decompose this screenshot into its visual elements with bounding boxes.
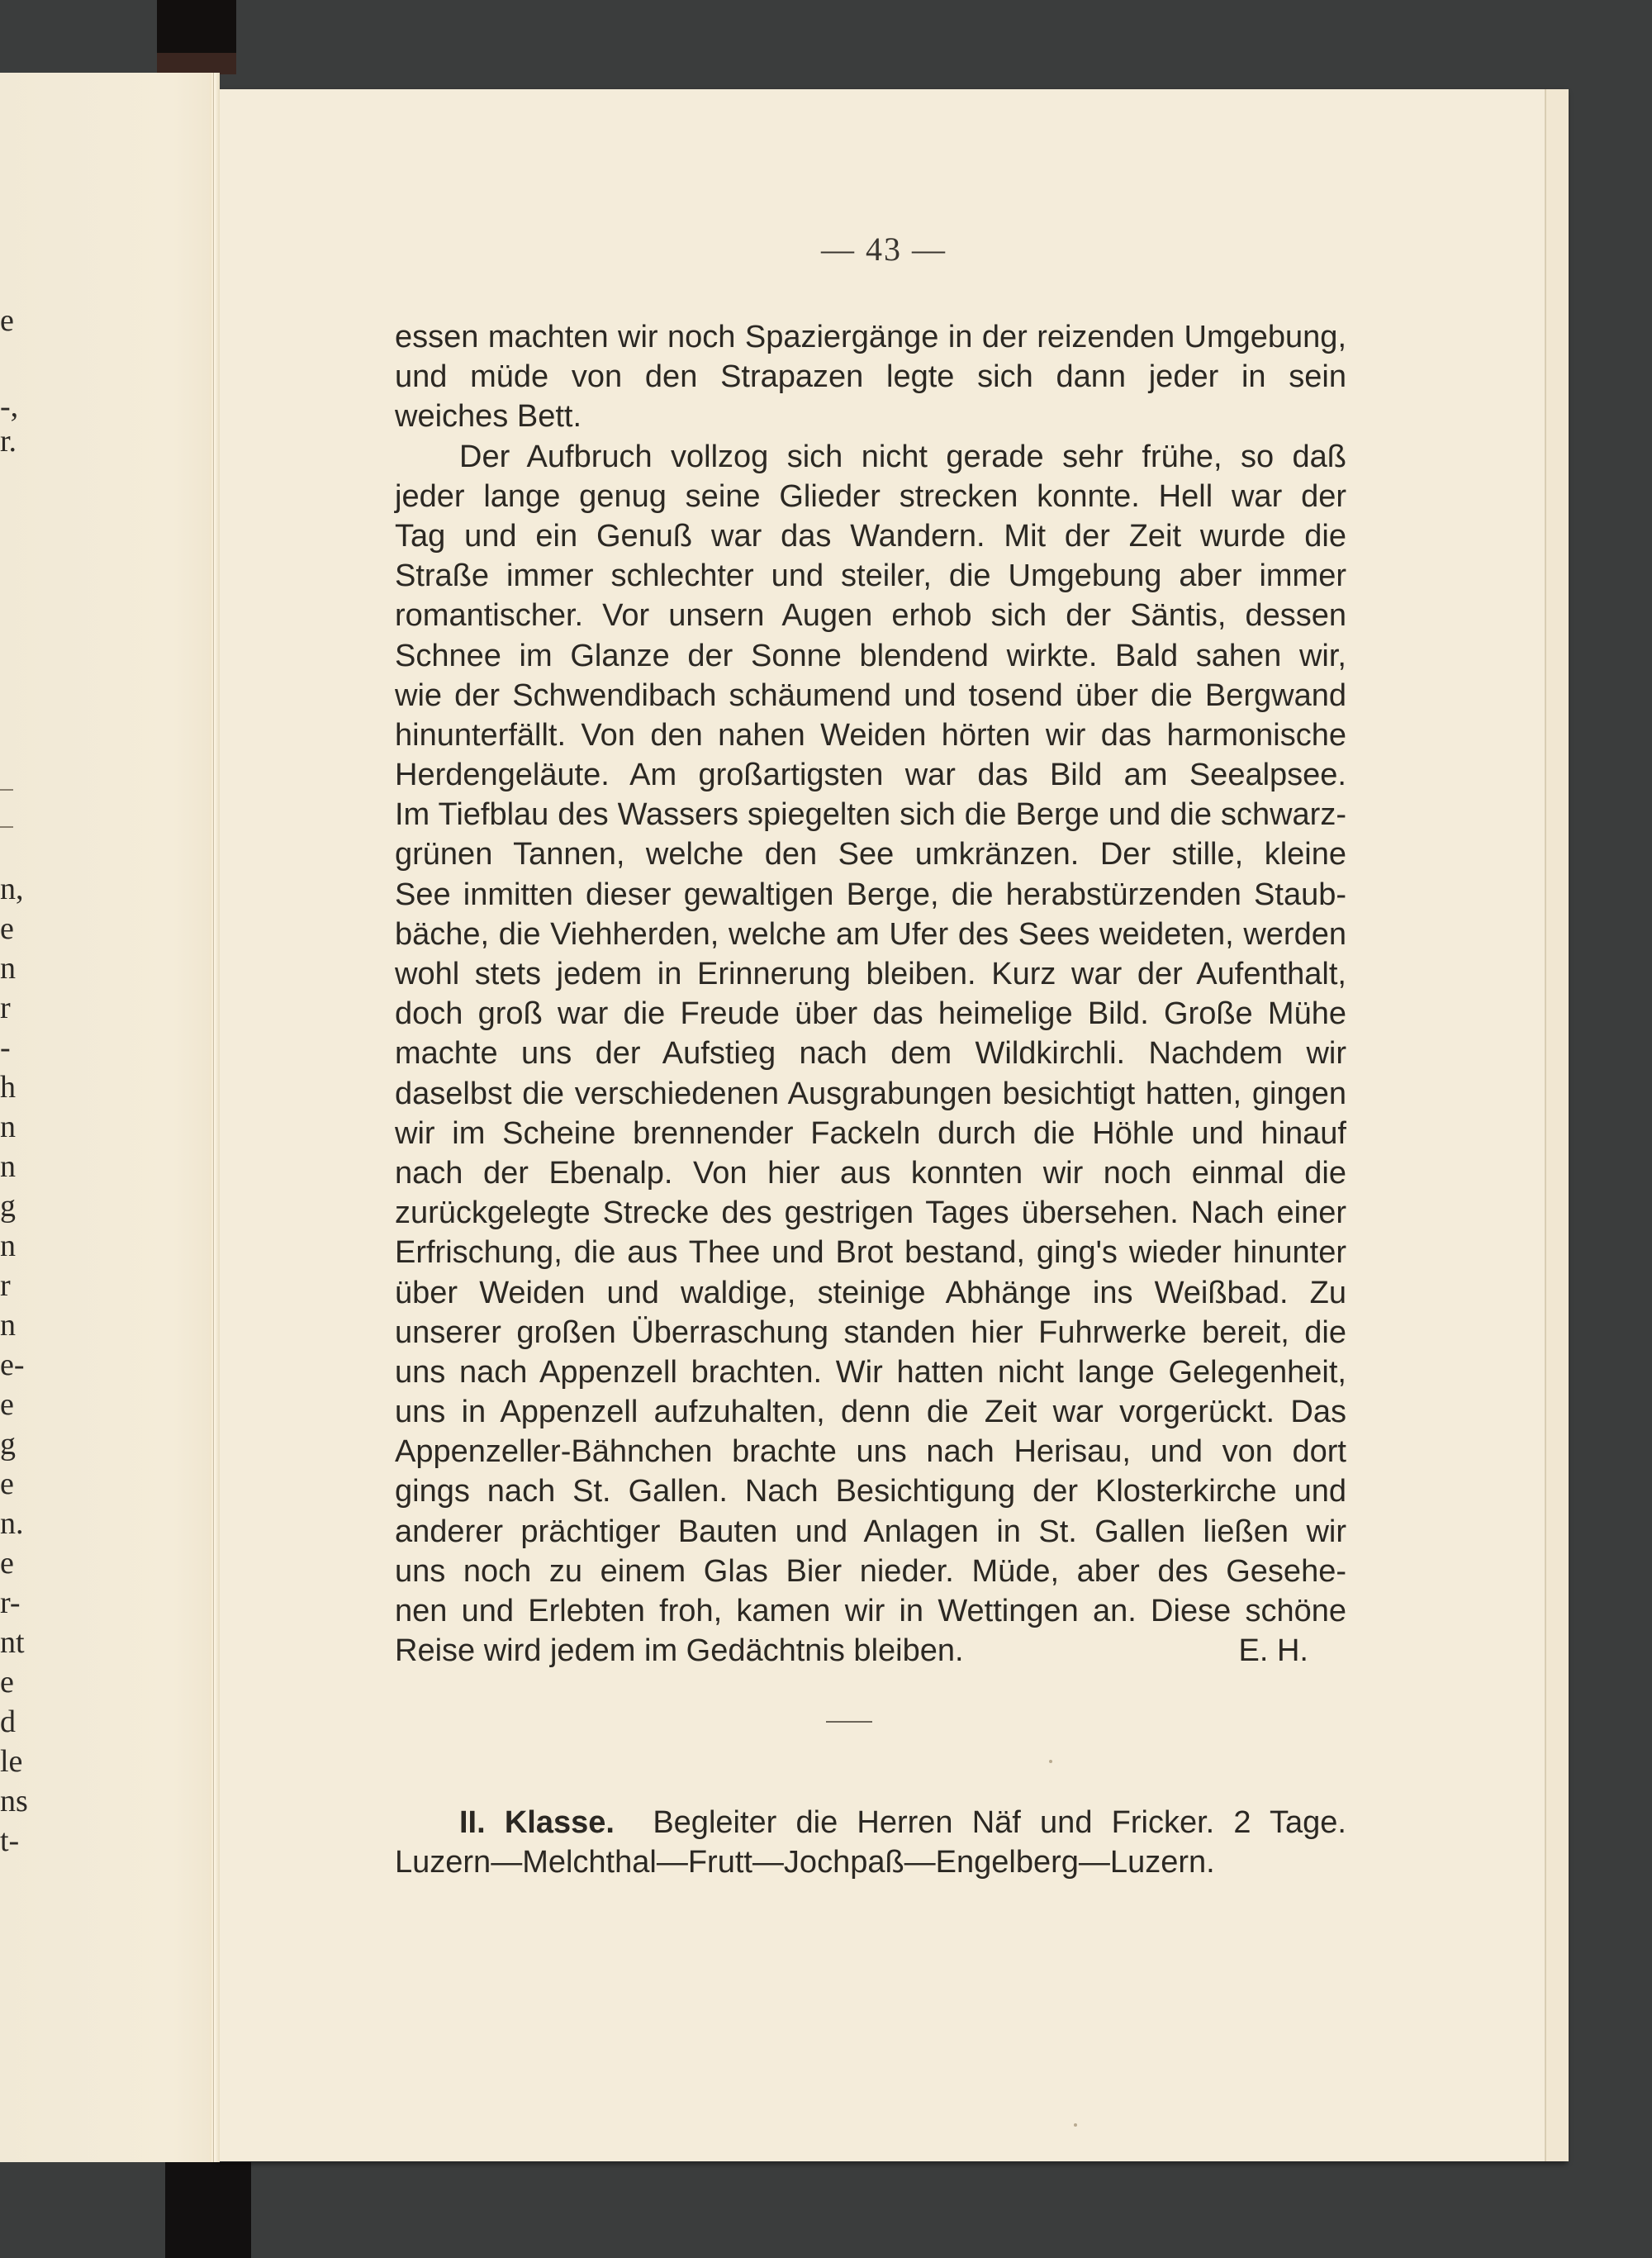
text-line: gings nach St. Gallen. Nach Besichtigung… xyxy=(395,1471,1346,1511)
text-line: Herdengeläute. Am großartigsten war das … xyxy=(395,755,1346,795)
text-line: machte uns der Aufstieg nach dem Wildkir… xyxy=(395,1034,1346,1073)
left-page-rule xyxy=(0,789,13,791)
left-page-fragment: t- xyxy=(0,1821,19,1861)
left-page-fragment: n, xyxy=(0,869,24,909)
text-line: uns noch zu einem Glas Bier nieder. Müde… xyxy=(395,1552,1346,1591)
left-page-fragment: n xyxy=(0,1147,16,1186)
text-line: uns in Appenzell aufzuhalten, denn die Z… xyxy=(395,1392,1346,1432)
book-spine-band xyxy=(157,53,236,74)
left-page-fragment: e xyxy=(0,1385,14,1424)
left-page-fragment: n xyxy=(0,1107,16,1147)
text-line: anderer prächtiger Bauten und Anlagen in… xyxy=(395,1512,1346,1552)
text-line: Tag und ein Genuß war das Wandern. Mit d… xyxy=(395,516,1346,556)
text-line: Schnee im Glanze der Sonne blendend wirk… xyxy=(395,636,1346,676)
left-page-fragment: n. xyxy=(0,1504,24,1543)
left-page-fragment: e xyxy=(0,301,14,340)
left-page-fragment: -, xyxy=(0,387,18,426)
text-line: romantischer. Vor unsern Augen erhob sic… xyxy=(395,596,1346,635)
left-page-fragment: r. xyxy=(0,421,17,461)
left-page-rule xyxy=(0,826,13,828)
left-page-fragment: g xyxy=(0,1424,16,1464)
text-line: Erfrischung, die aus Thee und Brot besta… xyxy=(395,1233,1346,1272)
left-page-fragment: e xyxy=(0,1662,14,1702)
page-number: — 43 — xyxy=(768,230,999,269)
page-edge xyxy=(1545,89,1569,2161)
book-spine-bottom xyxy=(165,2162,251,2258)
text-line: uns nach Appenzell brachten. Wir hatten … xyxy=(395,1352,1346,1392)
text-line: weiches Bett. xyxy=(395,397,1346,436)
section-heading-line: II. Klasse. Begleiter die Herren Näf und… xyxy=(395,1803,1346,1842)
paper-speck xyxy=(1074,2123,1077,2127)
book-gutter xyxy=(210,73,220,2162)
text-line: See inmitten dieser gewaltigen Berge, di… xyxy=(395,875,1346,915)
text-line: und müde von den Strapazen legte sich da… xyxy=(395,357,1346,397)
text-line: grünen Tannen, welche den See umkränzen.… xyxy=(395,834,1346,874)
text-line: unserer großen Überraschung standen hier… xyxy=(395,1313,1346,1352)
left-page-fragment: n xyxy=(0,1305,16,1345)
left-page-fragment: e xyxy=(0,1543,14,1583)
left-page-fragment: g xyxy=(0,1186,16,1226)
left-page-fragment: r- xyxy=(0,1583,21,1623)
text-line: essen machten wir noch Spaziergänge in d… xyxy=(395,317,1346,357)
left-page-fragment: n xyxy=(0,948,16,988)
text-line: bäche, die Viehherden, welche am Ufer de… xyxy=(395,915,1346,954)
text-line: wie der Schwendibach schäumend und tosen… xyxy=(395,676,1346,715)
gutter-crease xyxy=(213,73,214,2162)
section-route: Luzern—Melchthal—Frutt—Jochpaß—Engelberg… xyxy=(395,1842,1346,1882)
text-line: wohl stets jedem in Erinnerung bleiben. … xyxy=(395,954,1346,994)
left-page-fragment: r xyxy=(0,1266,11,1305)
section-companions: Begleiter die Herren Näf und Fricker. 2 … xyxy=(653,1805,1346,1840)
left-page-fragment: n xyxy=(0,1226,16,1266)
text-line: hinunterfällt. Von den nahen Weiden hört… xyxy=(395,715,1346,755)
text-line: Im Tiefblau des Wassers spiegelten sich … xyxy=(395,795,1346,834)
text-line: nen und Erlebten froh, kamen wir in Wett… xyxy=(395,1591,1346,1631)
left-page-fragment: nt xyxy=(0,1623,25,1662)
left-page-fragment: d xyxy=(0,1702,16,1742)
left-page-fragment: r xyxy=(0,988,11,1028)
text-line: jeder lange genug seine Glieder strecken… xyxy=(395,477,1346,516)
left-page-fragment: e- xyxy=(0,1345,25,1385)
left-page-fragment: e xyxy=(0,1464,14,1504)
left-page-fragment: e xyxy=(0,909,14,948)
section-divider xyxy=(826,1721,872,1723)
body-text: essen machten wir noch Spaziergänge in d… xyxy=(395,317,1346,1671)
left-page xyxy=(0,73,216,2162)
text-line: doch groß war die Freude über das heimel… xyxy=(395,994,1346,1034)
author-signature: E. H. xyxy=(1239,1631,1308,1671)
left-page-fragment: ns xyxy=(0,1781,28,1821)
paper-speck xyxy=(1049,1760,1052,1763)
section-heading: II. Klasse. xyxy=(459,1805,615,1840)
left-page-fragment: h xyxy=(0,1067,16,1107)
section-class-ii: II. Klasse. Begleiter die Herren Näf und… xyxy=(395,1803,1346,1882)
text-line: zurückgelegte Strecke des gestrigen Tage… xyxy=(395,1193,1346,1233)
left-page-fragment: le xyxy=(0,1742,22,1781)
closing-line: Reise wird jedem im Gedächtnis bleiben. … xyxy=(395,1631,1346,1671)
text-line: nach der Ebenalp. Von hier aus konnten w… xyxy=(395,1153,1346,1193)
text-line: Straße immer schlechter und steiler, die… xyxy=(395,556,1346,596)
text-line: wir im Scheine brennender Fackeln durch … xyxy=(395,1114,1346,1153)
text-line: Der Aufbruch vollzog sich nicht gerade s… xyxy=(395,437,1346,477)
text-line: Appenzeller-Bähnchen brachte uns nach He… xyxy=(395,1432,1346,1471)
text-line: daselbst die verschiedenen Ausgrabungen … xyxy=(395,1074,1346,1114)
closing-text: Reise wird jedem im Gedächtnis bleiben. xyxy=(395,1631,964,1671)
left-page-fragment: - xyxy=(0,1028,11,1067)
text-line: über Weiden und waldige, steinige Abhäng… xyxy=(395,1273,1346,1313)
